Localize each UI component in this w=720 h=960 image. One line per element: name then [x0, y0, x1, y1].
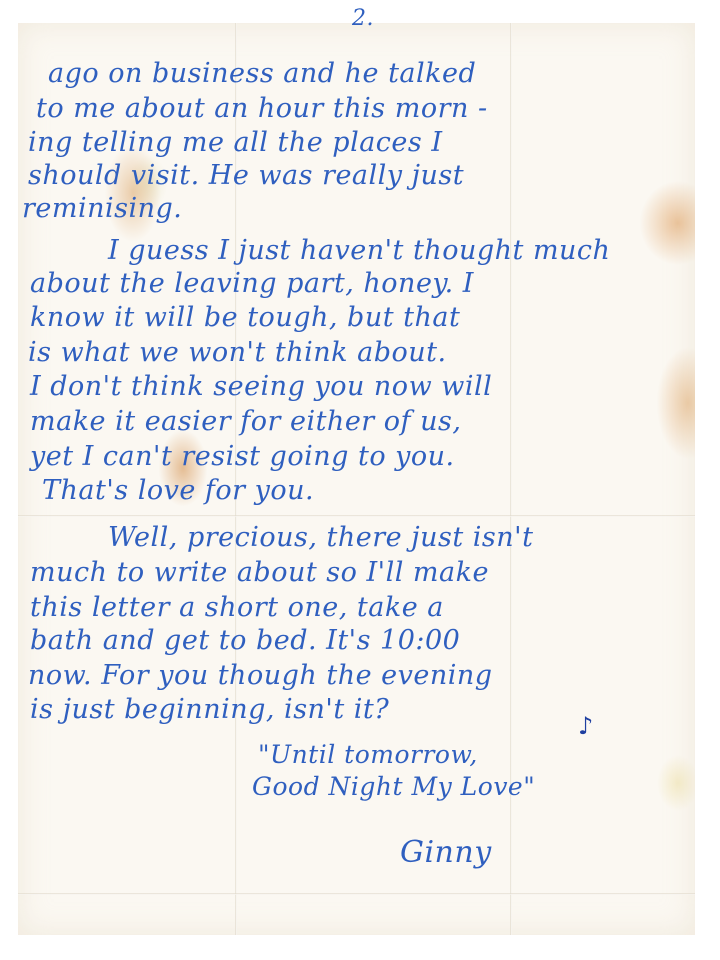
letter-line: should visit. He was really just: [28, 160, 464, 191]
letter-line: is just beginning, isn't it?: [30, 694, 389, 725]
letter-line: Well, precious, there just isn't: [108, 522, 533, 553]
fold-crease-horizontal: [18, 893, 695, 895]
letter-line: yet I can't resist going to you.: [30, 441, 455, 472]
letter-line: reminising.: [22, 193, 182, 224]
music-note-icon: ♪: [578, 712, 593, 740]
letter-line: about the leaving part, honey. I: [30, 268, 474, 299]
letter-line: know it will be tough, but that: [30, 302, 460, 333]
letter-line: I don't think seeing you now will: [30, 371, 492, 402]
letter-line: now. For you though the evening: [28, 660, 493, 691]
page-number: 2.: [352, 6, 374, 31]
letter-line: ing telling me all the places I: [28, 127, 443, 158]
letter-line: make it easier for either of us,: [30, 406, 461, 437]
letter-line: to me about an hour this morn -: [36, 93, 488, 124]
letter-line: is what we won't think about.: [28, 337, 447, 368]
closing-line: "Until tomorrow,: [258, 740, 478, 769]
letter-line: ago on business and he talked: [48, 58, 476, 89]
letter-line: That's love for you.: [42, 475, 314, 506]
closing-line: Good Night My Love": [252, 772, 535, 801]
fold-crease-horizontal: [18, 515, 695, 517]
letter-line: much to write about so I'll make: [30, 557, 489, 588]
signature: Ginny: [400, 835, 492, 870]
letter-line: bath and get to bed. It's 10:00: [30, 625, 460, 656]
letter-line: this letter a short one, take a: [30, 592, 444, 623]
letter-line: I guess I just haven't thought much: [108, 235, 610, 266]
